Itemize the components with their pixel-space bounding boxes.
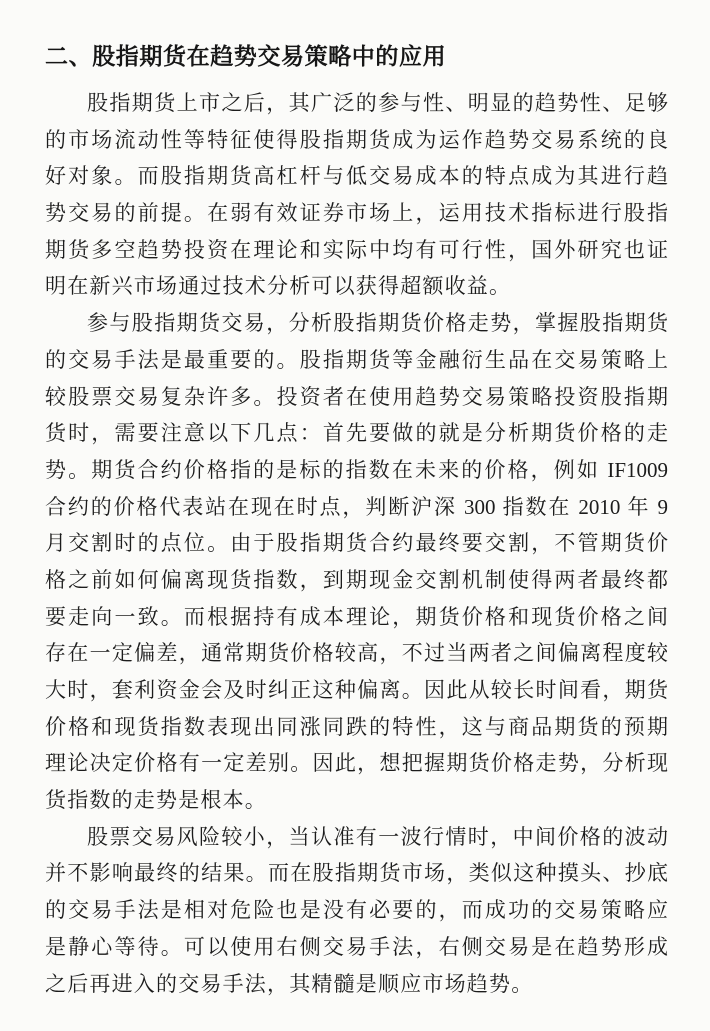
text-line: 存在一定偏差，通常期货价格较高，不过当两者之间偏离程度较 — [45, 635, 668, 672]
text-line: 的交易手法是相对危险也是没有必要的，而成功的交易策略应 — [45, 892, 668, 929]
text-line: 较股票交易复杂许多。投资者在使用趋势交易策略投资股指期 — [45, 379, 668, 416]
text-line: 股指期货上市之后，其广泛的参与性、明显的趋势性、足够 — [45, 85, 668, 122]
text-line: 好对象。而股指期货高杠杆与低交易成本的特点成为其进行趋 — [45, 158, 668, 195]
text-line: 并不影响最终的结果。而在股指期货市场，类似这种摸头、抄底 — [45, 855, 668, 892]
text-line: 合约的价格代表站在现在时点，判断沪深 300 指数在 2010 年 9 — [45, 489, 668, 526]
paragraph: 股票交易风险较小，当认准有一波行情时，中间价格的波动 并不影响最终的结果。而在股… — [45, 819, 668, 1002]
section-heading: 二、股指期货在趋势交易策略中的应用 — [45, 41, 668, 71]
text-line: 理论决定价格有一定差别。因此，想把握期货价格走势，分析现 — [45, 745, 668, 782]
text-line: 货指数的走势是根本。 — [45, 782, 668, 819]
text-line: 势。期货合约价格指的是标的指数在未来的价格，例如 IF1009 — [45, 452, 668, 489]
paragraph: 股指期货上市之后，其广泛的参与性、明显的趋势性、足够 的市场流动性等特征使得股指… — [45, 85, 668, 305]
text-line: 的交易手法是最重要的。股指期货等金融衍生品在交易策略上 — [45, 342, 668, 379]
text-line: 格之前如何偏离现货指数，到期现金交割机制使得两者最终都 — [45, 562, 668, 599]
text-line: 参与股指期货交易，分析股指期货价格走势，掌握股指期货 — [45, 305, 668, 342]
text-line: 明在新兴市场通过技术分析可以获得超额收益。 — [45, 268, 668, 305]
text-line: 要走向一致。而根据持有成本理论，期货价格和现货价格之间 — [45, 599, 668, 636]
text-line: 势交易的前提。在弱有效证券市场上，运用技术指标进行股指 — [45, 195, 668, 232]
text-line: 的市场流动性等特征使得股指期货成为运作趋势交易系统的良 — [45, 122, 668, 159]
text-line: 股票交易风险较小，当认准有一波行情时，中间价格的波动 — [45, 819, 668, 856]
text-line: 是静心等待。可以使用右侧交易手法，右侧交易是在趋势形成 — [45, 929, 668, 966]
document-page: 二、股指期货在趋势交易策略中的应用 股指期货上市之后，其广泛的参与性、明显的趋势… — [0, 0, 710, 1031]
text-line: 期货多空趋势投资在理论和实际中均有可行性，国外研究也证 — [45, 232, 668, 269]
text-line: 之后再进入的交易手法，其精髓是顺应市场趋势。 — [45, 966, 668, 1003]
text-line: 价格和现货指数表现出同涨同跌的特性，这与商品期货的预期 — [45, 709, 668, 746]
body-text: 股指期货上市之后，其广泛的参与性、明显的趋势性、足够 的市场流动性等特征使得股指… — [45, 85, 668, 1002]
text-line: 大时，套利资金会及时纠正这种偏离。因此从较长时间看，期货 — [45, 672, 668, 709]
text-line: 月交割时的点位。由于股指期货合约最终要交割，不管期货价 — [45, 525, 668, 562]
text-line: 货时，需要注意以下几点：首先要做的就是分析期货价格的走 — [45, 415, 668, 452]
paragraph: 参与股指期货交易，分析股指期货价格走势，掌握股指期货 的交易手法是最重要的。股指… — [45, 305, 668, 819]
